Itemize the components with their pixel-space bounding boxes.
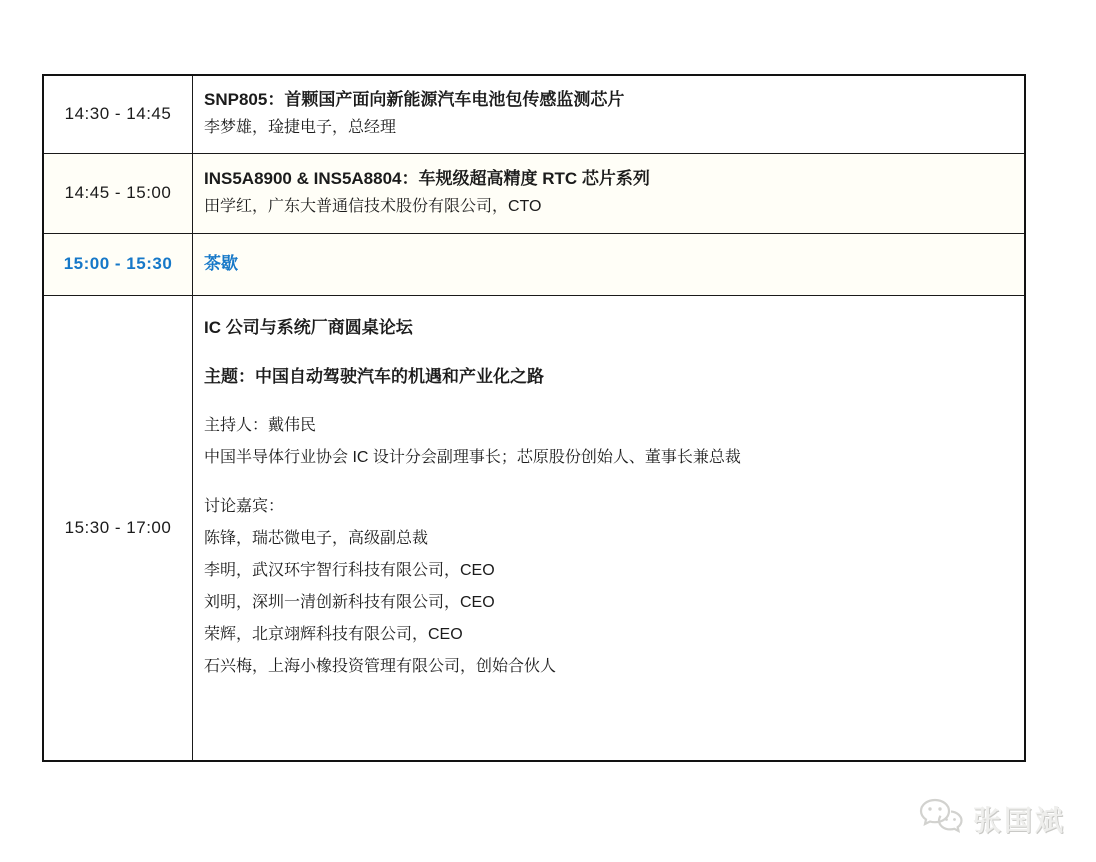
- watermark: 张国斌: [918, 797, 1066, 840]
- session-cell: 茶歇: [193, 233, 1026, 295]
- session-cell: SNP805：首颗国产面向新能源汽车电池包传感监测芯片李梦雄，琻捷电子，总经理: [193, 75, 1026, 153]
- session-detail: 石兴梅，上海小橡投资管理有限公司，创始合伙人: [204, 651, 1008, 683]
- session-cell: IC 公司与系统厂商圆桌论坛主题：中国自动驾驶汽车的机遇和产业化之路主持人：戴伟…: [193, 295, 1026, 761]
- session-title: 茶歇: [204, 250, 1008, 278]
- spacer-line: [204, 344, 1008, 361]
- session-detail: 李梦雄，琻捷电子，总经理: [204, 114, 1008, 142]
- agenda-row-0: 14:30 - 14:45SNP805：首颗国产面向新能源汽车电池包传感监测芯片…: [43, 75, 1025, 153]
- time-slot: 15:30 - 17:00: [43, 295, 193, 761]
- wechat-icon: [918, 797, 964, 840]
- session-detail: 中国半导体行业协会 IC 设计分会副理事长；芯原股份创始人、董事长兼总裁: [204, 442, 1008, 474]
- session-title: SNP805：首颗国产面向新能源汽车电池包传感监测芯片: [204, 86, 1008, 114]
- session-cell: INS5A8900 & INS5A8804：车规级超高精度 RTC 芯片系列田学…: [193, 153, 1026, 233]
- session-detail: 田学红，广东大普通信技术股份有限公司，CTO: [204, 193, 1008, 221]
- time-slot: 14:45 - 15:00: [43, 153, 193, 233]
- agenda-row-2: 15:00 - 15:30茶歇: [43, 233, 1025, 295]
- agenda-row-3: 15:30 - 17:00IC 公司与系统厂商圆桌论坛主题：中国自动驾驶汽车的机…: [43, 295, 1025, 761]
- session-detail: 陈锋，瑞芯微电子，高级副总裁: [204, 523, 1008, 555]
- time-slot: 15:00 - 15:30: [43, 233, 193, 295]
- agenda-table: 14:30 - 14:45SNP805：首颗国产面向新能源汽车电池包传感监测芯片…: [42, 74, 1026, 762]
- session-title: 主题：中国自动驾驶汽车的机遇和产业化之路: [204, 361, 1008, 393]
- spacer-line: [204, 393, 1008, 410]
- session-detail: 荣辉，北京翊辉科技有限公司，CEO: [204, 619, 1008, 651]
- session-detail: 主持人：戴伟民: [204, 410, 1008, 442]
- session-detail: 李明，武汉环宇智行科技有限公司，CEO: [204, 555, 1008, 587]
- session-title: INS5A8900 & INS5A8804：车规级超高精度 RTC 芯片系列: [204, 165, 1008, 193]
- spacer-line: [204, 474, 1008, 491]
- agenda-row-1: 14:45 - 15:00INS5A8900 & INS5A8804：车规级超高…: [43, 153, 1025, 233]
- session-detail: 刘明，深圳一清创新科技有限公司，CEO: [204, 587, 1008, 619]
- session-detail: 讨论嘉宾：: [204, 491, 1008, 523]
- session-title: IC 公司与系统厂商圆桌论坛: [204, 312, 1008, 344]
- document-page: 14:30 - 14:45SNP805：首颗国产面向新能源汽车电池包传感监测芯片…: [0, 0, 1096, 862]
- watermark-name: 张国斌: [973, 799, 1066, 839]
- time-slot: 14:30 - 14:45: [43, 75, 193, 153]
